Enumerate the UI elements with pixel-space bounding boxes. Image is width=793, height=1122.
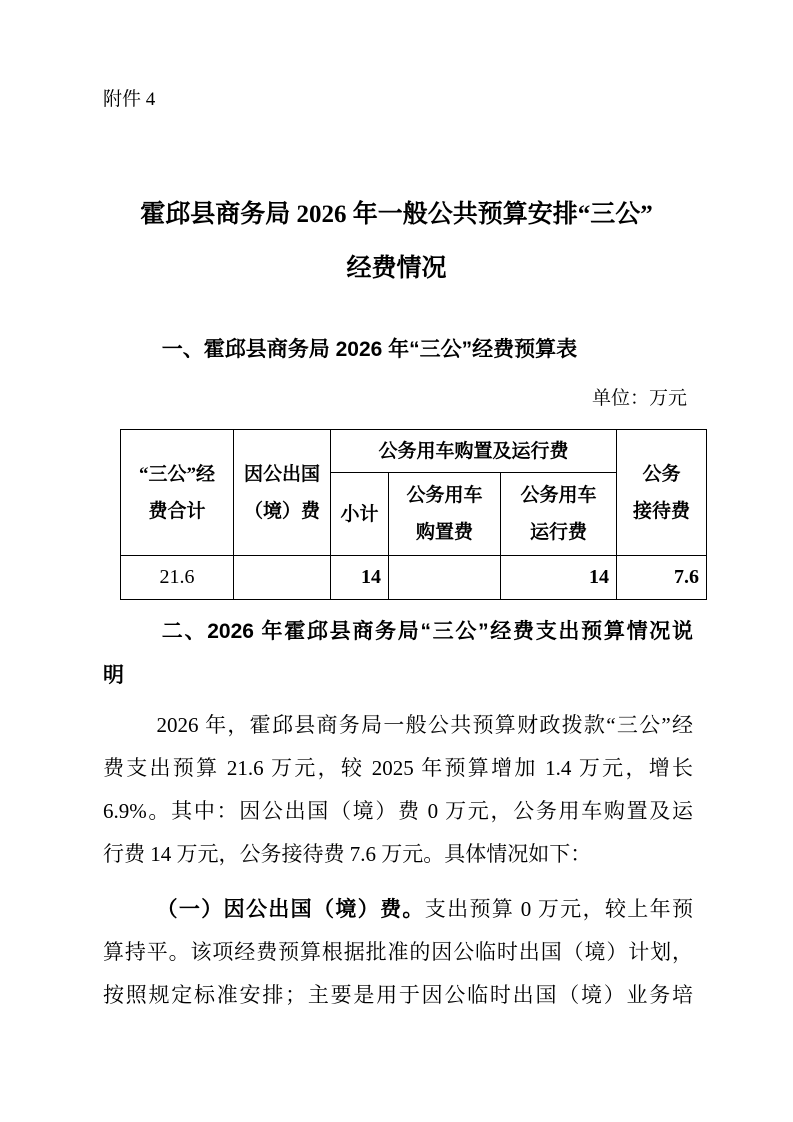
table-header-row-1: “三公”经 费合计 因公出国 （境）费 公务用车购置及运行费 公务 接待费 xyxy=(121,430,707,473)
value-vehicle-operation: 14 xyxy=(501,556,617,600)
header-abroad: 因公出国 （境）费 xyxy=(234,430,331,556)
paragraph-abroad-fee-line3: 按照规定标准安排；主要是用于因公临时出国（境）业务培 xyxy=(103,974,693,1017)
header-vehicle-group: 公务用车购置及运行费 xyxy=(331,430,617,473)
header-total: “三公”经 费合计 xyxy=(121,430,234,556)
paragraph-abroad-fee-lead: （一）因公出国（境）费。 xyxy=(157,897,425,921)
paragraph-overview-line1: 2026 年，霍邱县商务局一般公共预算财政拨款“三公”经 xyxy=(103,704,693,747)
header-reception: 公务 接待费 xyxy=(617,430,707,556)
document-title-line1: 霍邱县商务局 2026 年一般公共预算安排“三公” xyxy=(0,188,793,242)
paragraph-abroad-fee: （一）因公出国（境）费。支出预算 0 万元，较上年预 算持平。该项经费预算根据批… xyxy=(103,888,693,1017)
paragraph-abroad-fee-line1-rest: 支出预算 0 万元，较上年预 xyxy=(425,897,693,921)
value-vehicle-subtotal: 14 xyxy=(331,556,389,600)
section2-heading-line1: 二、2026 年霍邱县商务局“三公”经费支出预算情况说 xyxy=(103,610,693,654)
value-total: 21.6 xyxy=(121,556,234,600)
unit-note: 单位：万元 xyxy=(103,384,706,414)
section2-heading: 二、2026 年霍邱县商务局“三公”经费支出预算情况说 明 xyxy=(103,610,693,698)
document-page: 附件 4 霍邱县商务局 2026 年一般公共预算安排“三公” 经费情况 一、霍邱… xyxy=(0,0,793,1122)
value-vehicle-purchase xyxy=(389,556,501,600)
section2-heading-line2: 明 xyxy=(103,654,693,698)
budget-table: “三公”经 费合计 因公出国 （境）费 公务用车购置及运行费 公务 接待费 小计… xyxy=(120,429,707,600)
value-abroad xyxy=(234,556,331,600)
header-vehicle-subtotal: 小计 xyxy=(331,473,389,556)
header-vehicle-operation: 公务用车 运行费 xyxy=(501,473,617,556)
section1-heading: 一、霍邱县商务局 2026 年“三公”经费预算表 xyxy=(103,330,693,370)
header-vehicle-purchase: 公务用车 购置费 xyxy=(389,473,501,556)
value-reception: 7.6 xyxy=(617,556,707,600)
document-title-line2: 经费情况 xyxy=(0,242,793,296)
paragraph-overview-line2: 费支出预算 21.6 万元，较 2025 年预算增加 1.4 万元，增长 xyxy=(103,747,693,790)
paragraph-overview-line3: 6.9%。其中：因公出国（境）费 0 万元，公务用车购置及运 xyxy=(103,790,693,833)
paragraph-overview-line4: 行费 14 万元，公务接待费 7.6 万元。具体情况如下： xyxy=(103,833,693,876)
table-value-row: 21.6 14 14 7.6 xyxy=(121,556,707,600)
paragraph-overview: 2026 年，霍邱县商务局一般公共预算财政拨款“三公”经 费支出预算 21.6 … xyxy=(103,704,693,876)
attachment-label: 附件 4 xyxy=(103,86,793,114)
document-title: 霍邱县商务局 2026 年一般公共预算安排“三公” 经费情况 xyxy=(0,188,793,296)
paragraph-abroad-fee-line2: 算持平。该项经费预算根据批准的因公临时出国（境）计划， xyxy=(103,931,693,974)
paragraph-abroad-fee-line1: （一）因公出国（境）费。支出预算 0 万元，较上年预 xyxy=(103,888,693,931)
